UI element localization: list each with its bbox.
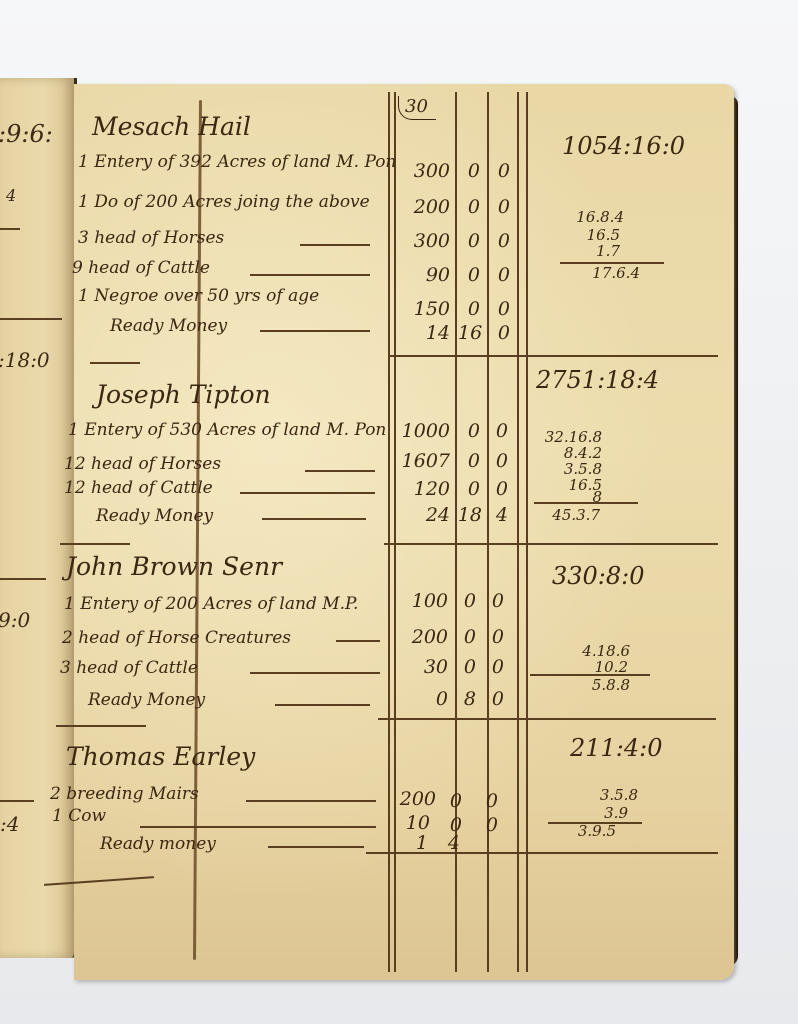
pence-value: 0 bbox=[484, 656, 504, 678]
calc-line: 3.5.8 bbox=[560, 786, 638, 804]
shillings-value: 16 bbox=[458, 322, 480, 344]
pounds-value: 1000 bbox=[396, 420, 450, 442]
entry-item: 3 head of Cattle bbox=[60, 658, 198, 678]
leader-line bbox=[140, 826, 376, 828]
pounds-value: 24 bbox=[396, 504, 450, 526]
entry-name: John Brown Senr bbox=[66, 552, 282, 581]
shillings-value: 0 bbox=[458, 230, 480, 252]
entry-name: Joseph Tipton bbox=[96, 380, 271, 409]
left-fragment-text: :4 bbox=[0, 812, 19, 836]
left-fragment-text: :9:6: bbox=[0, 120, 53, 148]
entry-item: 1 Cow bbox=[52, 806, 106, 826]
shillings-value: 4 bbox=[440, 832, 460, 854]
entry-item: 12 head of Horses bbox=[64, 454, 221, 474]
entry-item: Ready Money bbox=[88, 690, 205, 710]
section-divider bbox=[388, 355, 718, 357]
entry-item: Ready Money bbox=[110, 316, 227, 336]
pounds-value: 0 bbox=[396, 688, 448, 710]
calc-line: 3.9 bbox=[560, 804, 628, 822]
entry-item: 1 Entery of 392 Acres of land M. Pon bbox=[78, 152, 396, 172]
calc-result: 3.9.5 bbox=[560, 822, 616, 840]
leader-line bbox=[246, 800, 376, 802]
entry-total: 330:8:0 bbox=[552, 562, 645, 590]
shillings-value: 0 bbox=[458, 196, 480, 218]
pence-value: 0 bbox=[484, 688, 504, 710]
pence-value: 0 bbox=[478, 814, 498, 836]
pounds-value: 120 bbox=[396, 478, 450, 500]
entry-name: Mesach Hail bbox=[92, 112, 251, 141]
pence-value: 0 bbox=[490, 230, 510, 252]
pounds-value: 10 bbox=[384, 812, 430, 834]
entry-item: 2 breeding Mairs bbox=[50, 784, 199, 804]
left-rule bbox=[0, 578, 46, 580]
pence-value: 0 bbox=[484, 590, 504, 612]
pence-value: 0 bbox=[490, 298, 510, 320]
entry-item: Ready money bbox=[100, 834, 216, 854]
entry-name: Thomas Earley bbox=[66, 742, 255, 771]
page-number: 30 bbox=[398, 96, 436, 120]
calc-result: 45.3.7 bbox=[536, 506, 600, 524]
shillings-value: 0 bbox=[458, 160, 480, 182]
leader-line bbox=[336, 640, 380, 642]
calc-result: 5.8.8 bbox=[550, 676, 630, 694]
pounds-value: 1607 bbox=[396, 450, 450, 472]
entry-total: 2751:18:4 bbox=[536, 366, 659, 394]
section-divider bbox=[90, 362, 140, 364]
pounds-value: 200 bbox=[384, 788, 436, 810]
pence-value: 4 bbox=[488, 504, 508, 526]
calc-line: 16.8.4 bbox=[560, 208, 624, 226]
column-line bbox=[517, 92, 519, 972]
leader-line bbox=[262, 518, 366, 520]
pence-value: 0 bbox=[484, 626, 504, 648]
pounds-value: 300 bbox=[398, 230, 450, 252]
shillings-value: 0 bbox=[458, 420, 480, 442]
pence-value: 0 bbox=[478, 790, 498, 812]
leader-line bbox=[260, 330, 370, 332]
left-page-fragment: :9:6: 4 :18:0 9:0 :4 bbox=[0, 78, 77, 958]
entry-total: 1054:16:0 bbox=[562, 132, 685, 160]
pounds-value: 100 bbox=[396, 590, 448, 612]
pence-value: 0 bbox=[490, 160, 510, 182]
shillings-value: 0 bbox=[458, 298, 480, 320]
pounds-value: 200 bbox=[398, 196, 450, 218]
shillings-value: 0 bbox=[440, 790, 462, 812]
pounds-value: 200 bbox=[396, 626, 448, 648]
calc-rule bbox=[534, 502, 638, 504]
left-fragment-text: 9:0 bbox=[0, 608, 30, 632]
leader-line bbox=[250, 274, 370, 276]
section-divider bbox=[60, 543, 130, 545]
entry-item: Ready Money bbox=[96, 506, 213, 526]
shillings-value: 0 bbox=[452, 590, 476, 612]
left-rule bbox=[0, 318, 62, 320]
shillings-value: 0 bbox=[458, 264, 480, 286]
column-line bbox=[487, 92, 489, 972]
pence-value: 0 bbox=[490, 196, 510, 218]
pence-value: 0 bbox=[488, 450, 508, 472]
entry-item: 1 Do of 200 Acres joing the above bbox=[78, 192, 370, 212]
entry-item: 12 head of Cattle bbox=[64, 478, 213, 498]
pence-value: 0 bbox=[490, 322, 510, 344]
pounds-value: 30 bbox=[396, 656, 448, 678]
shillings-value: 0 bbox=[458, 450, 480, 472]
left-fragment-text: 4 bbox=[6, 186, 16, 205]
pounds-value: 300 bbox=[398, 160, 450, 182]
pounds-value: 90 bbox=[398, 264, 450, 286]
section-divider bbox=[384, 543, 718, 545]
pounds-value: 150 bbox=[398, 298, 450, 320]
left-rule bbox=[0, 800, 34, 802]
entry-item: 1 Entery of 200 Acres of land M.P. bbox=[64, 594, 358, 614]
pounds-value: 14 bbox=[398, 322, 450, 344]
entry-item: 1 Negroe over 50 yrs of age bbox=[78, 286, 319, 306]
calc-result: 17.6.4 bbox=[560, 264, 640, 282]
shillings-value: 18 bbox=[456, 504, 482, 526]
pence-value: 0 bbox=[490, 264, 510, 286]
leader-line bbox=[250, 672, 380, 674]
section-divider bbox=[56, 725, 146, 727]
entry-total: 211:4:0 bbox=[570, 734, 663, 762]
leader-line bbox=[305, 470, 375, 472]
pence-value: 0 bbox=[488, 420, 508, 442]
leader-line bbox=[275, 704, 370, 706]
shillings-value: 0 bbox=[452, 626, 476, 648]
entry-item: 2 head of Horse Creatures bbox=[62, 628, 291, 648]
left-fragment-text: :18:0 bbox=[0, 348, 50, 372]
entry-item: 3 head of Horses bbox=[78, 228, 224, 248]
calc-line: 1.7 bbox=[560, 242, 620, 260]
pounds-value: 1 bbox=[384, 832, 428, 854]
shillings-value: 8 bbox=[452, 688, 476, 710]
column-line bbox=[526, 92, 528, 972]
leader-line bbox=[268, 846, 364, 848]
entry-item: 9 head of Cattle bbox=[72, 258, 210, 278]
entry-item: 1 Entery of 530 Acres of land M. Pon bbox=[68, 420, 386, 440]
left-rule bbox=[0, 228, 20, 230]
section-divider bbox=[378, 718, 716, 720]
leader-line bbox=[300, 244, 370, 246]
shillings-value: 0 bbox=[452, 656, 476, 678]
leader-line bbox=[240, 492, 375, 494]
shillings-value: 0 bbox=[458, 478, 480, 500]
pence-value: 0 bbox=[488, 478, 508, 500]
